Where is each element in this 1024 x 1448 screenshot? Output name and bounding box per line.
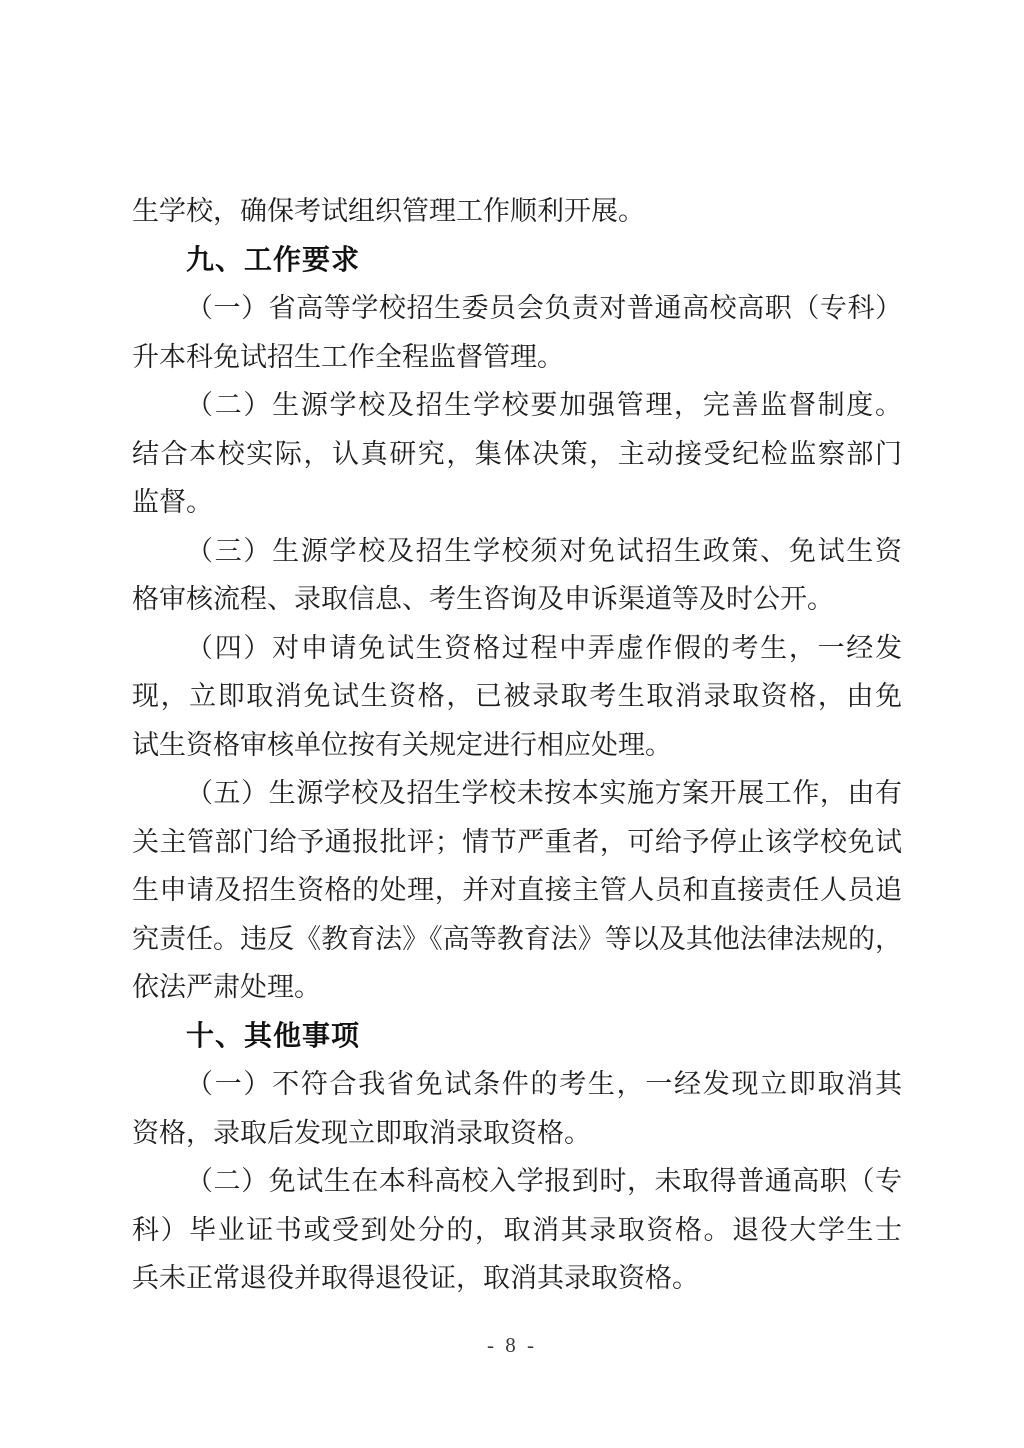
text-line: （三）生源学校及招生学校须对免试招生政策、免试生资: [132, 527, 902, 576]
text-line: （二）生源学校及招生学校要加强管理，完善监督制度。: [132, 381, 902, 430]
text-line: 生学校，确保考试组织管理工作顺利开展。: [132, 187, 902, 236]
text-line: 生申请及招生资格的处理，并对直接主管人员和直接责任人员追: [132, 866, 902, 915]
text-line: 关主管部门给予通报批评；情节严重者，可给予停止该学校免试: [132, 818, 902, 867]
text-line: 升本科免试招生工作全程监督管理。: [132, 333, 902, 382]
section-heading: 十、其他事项: [132, 1012, 902, 1061]
text-line: 依法严肃处理。: [132, 963, 902, 1012]
text-line: （一）不符合我省免试条件的考生，一经发现立即取消其: [132, 1060, 902, 1109]
section-heading: 九、工作要求: [132, 236, 902, 285]
document-page: 生学校，确保考试组织管理工作顺利开展。 九、工作要求 （一）省高等学校招生委员会…: [0, 0, 1024, 1448]
text-line: 格审核流程、录取信息、考生咨询及申诉渠道等及时公开。: [132, 575, 902, 624]
text-line: （四）对申请免试生资格过程中弄虚作假的考生，一经发: [132, 624, 902, 673]
text-line: （二）免试生在本科高校入学报到时，未取得普通高职（专: [132, 1157, 902, 1206]
document-text-block: 生学校，确保考试组织管理工作顺利开展。 九、工作要求 （一）省高等学校招生委员会…: [132, 187, 902, 1303]
text-line: 现，立即取消免试生资格，已被录取考生取消录取资格，由免: [132, 672, 902, 721]
text-line: 结合本校实际，认真研究，集体决策，主动接受纪检监察部门: [132, 430, 902, 479]
text-line: 究责任。违反《教育法》《高等教育法》等以及其他法律法规的，: [132, 915, 902, 964]
text-line: 试生资格审核单位按有关规定进行相应处理。: [132, 721, 902, 770]
text-line: （五）生源学校及招生学校未按本实施方案开展工作，由有: [132, 769, 902, 818]
page-number: - 8 -: [0, 1330, 1024, 1360]
text-line: 监督。: [132, 478, 902, 527]
text-line: （一）省高等学校招生委员会负责对普通高校高职（专科）: [132, 284, 902, 333]
text-line: 科）毕业证书或受到处分的，取消其录取资格。退役大学生士: [132, 1206, 902, 1255]
text-line: 兵未正常退役并取得退役证，取消其录取资格。: [132, 1254, 902, 1303]
text-line: 资格，录取后发现立即取消录取资格。: [132, 1109, 902, 1158]
